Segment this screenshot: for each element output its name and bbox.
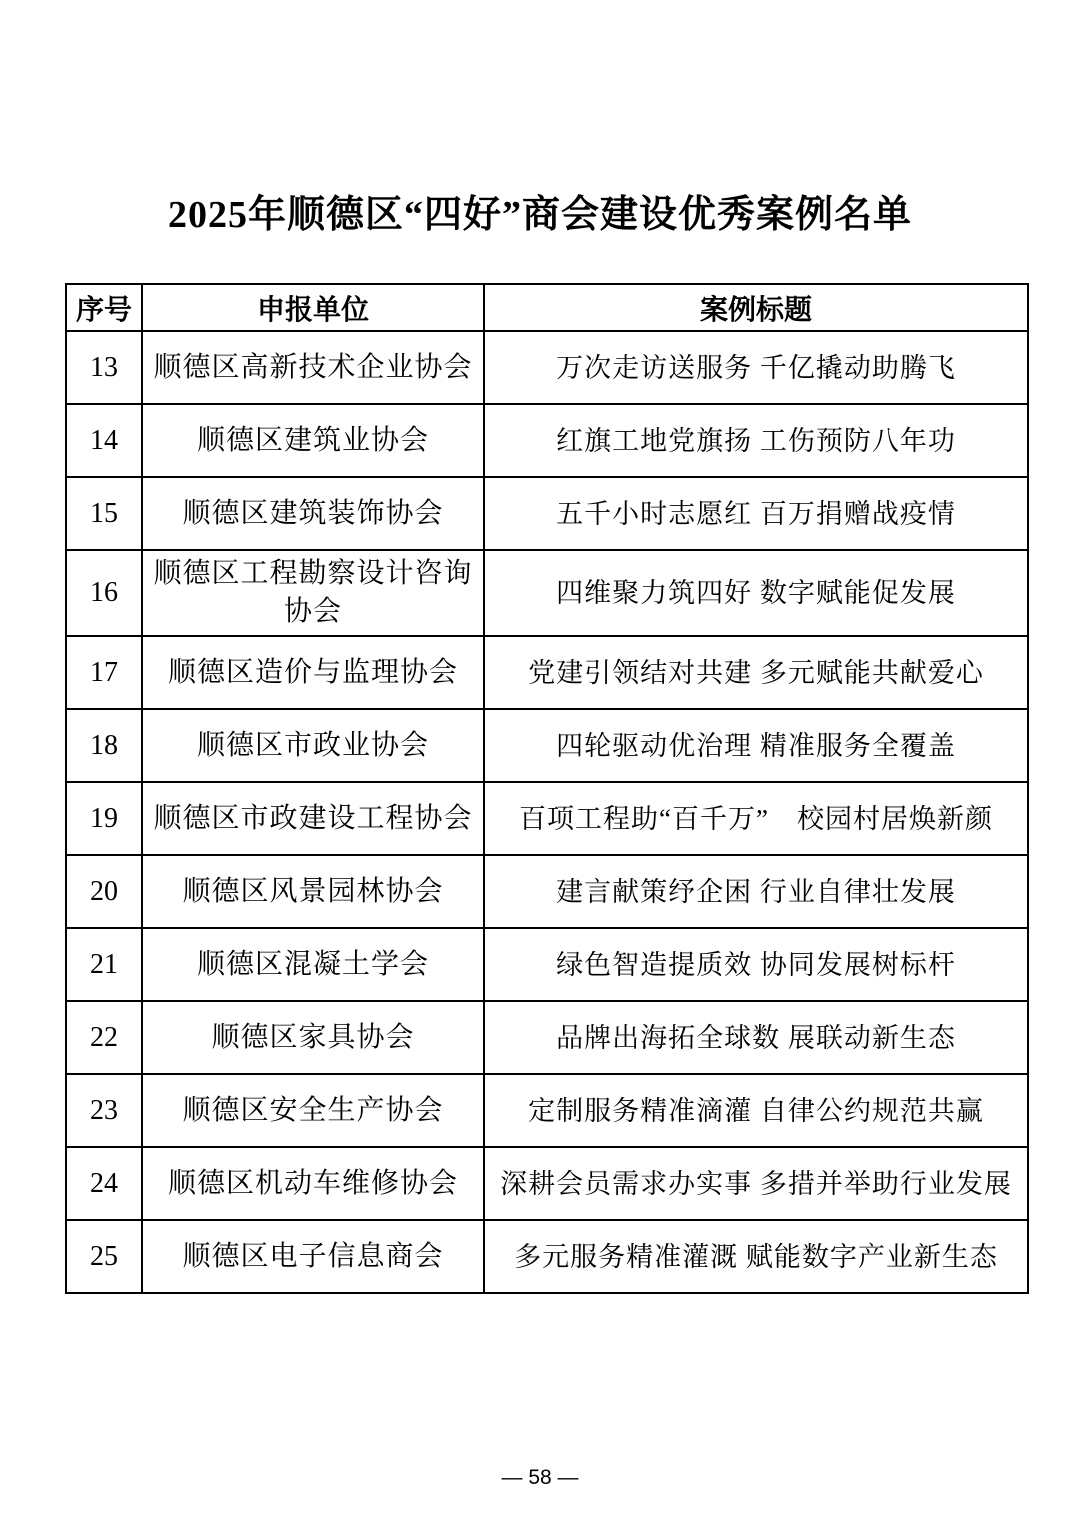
serial-number-cell: 16 — [66, 550, 142, 636]
case-title-cell: 四轮驱动优治理 精准服务全覆盖 — [484, 709, 1028, 782]
declaring-unit-cell: 顺德区安全生产协会 — [142, 1074, 484, 1147]
case-title-cell: 万次走访送服务 千亿撬动助腾飞 — [484, 331, 1028, 404]
table-row: 20顺德区风景园林协会建言献策纾企困 行业自律壮发展 — [66, 855, 1028, 928]
serial-number-cell: 23 — [66, 1074, 142, 1147]
declaring-unit-cell: 顺德区机动车维修协会 — [142, 1147, 484, 1220]
table-row: 21顺德区混凝土学会绿色智造提质效 协同发展树标杆 — [66, 928, 1028, 1001]
case-title-cell: 定制服务精准滴灌 自律公约规范共赢 — [484, 1074, 1028, 1147]
case-title-cell: 深耕会员需求办实事 多措并举助行业发展 — [484, 1147, 1028, 1220]
table-row: 13顺德区高新技术企业协会万次走访送服务 千亿撬动助腾飞 — [66, 331, 1028, 404]
serial-number-cell: 20 — [66, 855, 142, 928]
serial-number-cell: 22 — [66, 1001, 142, 1074]
table-row: 25顺德区电子信息商会多元服务精准灌溉 赋能数字产业新生态 — [66, 1220, 1028, 1293]
table-row: 19顺德区市政建设工程协会百项工程助“百千万” 校园村居焕新颜 — [66, 782, 1028, 855]
document-page: 2025年顺德区“四好”商会建设优秀案例名单 序号 申报单位 案例标题 13顺德… — [0, 0, 1080, 1527]
declaring-unit-cell: 顺德区工程勘察设计咨询协会 — [142, 550, 484, 636]
table-row: 22顺德区家具协会品牌出海拓全球数 展联动新生态 — [66, 1001, 1028, 1074]
table-row: 24顺德区机动车维修协会深耕会员需求办实事 多措并举助行业发展 — [66, 1147, 1028, 1220]
case-title-cell: 多元服务精准灌溉 赋能数字产业新生态 — [484, 1220, 1028, 1293]
declaring-unit-cell: 顺德区高新技术企业协会 — [142, 331, 484, 404]
serial-number-cell: 24 — [66, 1147, 142, 1220]
case-title-cell: 四维聚力筑四好 数字赋能促发展 — [484, 550, 1028, 636]
case-table: 序号 申报单位 案例标题 13顺德区高新技术企业协会万次走访送服务 千亿撬动助腾… — [65, 283, 1029, 1294]
serial-number-cell: 19 — [66, 782, 142, 855]
serial-number-cell: 13 — [66, 331, 142, 404]
header-serial-number: 序号 — [66, 284, 142, 331]
table-body: 13顺德区高新技术企业协会万次走访送服务 千亿撬动助腾飞14顺德区建筑业协会红旗… — [66, 331, 1028, 1293]
table-row: 14顺德区建筑业协会红旗工地党旗扬 工伤预防八年功 — [66, 404, 1028, 477]
case-title-cell: 党建引领结对共建 多元赋能共献爱心 — [484, 636, 1028, 709]
case-title-cell: 建言献策纾企困 行业自律壮发展 — [484, 855, 1028, 928]
table-row: 16顺德区工程勘察设计咨询协会四维聚力筑四好 数字赋能促发展 — [66, 550, 1028, 636]
case-title-cell: 品牌出海拓全球数 展联动新生态 — [484, 1001, 1028, 1074]
declaring-unit-cell: 顺德区市政建设工程协会 — [142, 782, 484, 855]
table-row: 17顺德区造价与监理协会党建引领结对共建 多元赋能共献爱心 — [66, 636, 1028, 709]
serial-number-cell: 25 — [66, 1220, 142, 1293]
declaring-unit-cell: 顺德区风景园林协会 — [142, 855, 484, 928]
declaring-unit-cell: 顺德区造价与监理协会 — [142, 636, 484, 709]
declaring-unit-cell: 顺德区建筑业协会 — [142, 404, 484, 477]
declaring-unit-cell: 顺德区家具协会 — [142, 1001, 484, 1074]
case-title-cell: 红旗工地党旗扬 工伤预防八年功 — [484, 404, 1028, 477]
header-case-title: 案例标题 — [484, 284, 1028, 331]
case-title-cell: 五千小时志愿红 百万捐赠战疫情 — [484, 477, 1028, 550]
table-header-row: 序号 申报单位 案例标题 — [66, 284, 1028, 331]
page-title: 2025年顺德区“四好”商会建设优秀案例名单 — [0, 191, 1080, 239]
table-row: 18顺德区市政业协会四轮驱动优治理 精准服务全覆盖 — [66, 709, 1028, 782]
serial-number-cell: 17 — [66, 636, 142, 709]
serial-number-cell: 21 — [66, 928, 142, 1001]
declaring-unit-cell: 顺德区电子信息商会 — [142, 1220, 484, 1293]
declaring-unit-cell: 顺德区建筑装饰协会 — [142, 477, 484, 550]
table-row: 15顺德区建筑装饰协会五千小时志愿红 百万捐赠战疫情 — [66, 477, 1028, 550]
case-title-cell: 绿色智造提质效 协同发展树标杆 — [484, 928, 1028, 1001]
page-number: — 58 — — [0, 1466, 1080, 1490]
declaring-unit-cell: 顺德区市政业协会 — [142, 709, 484, 782]
table-row: 23顺德区安全生产协会定制服务精准滴灌 自律公约规范共赢 — [66, 1074, 1028, 1147]
case-title-cell: 百项工程助“百千万” 校园村居焕新颜 — [484, 782, 1028, 855]
serial-number-cell: 14 — [66, 404, 142, 477]
serial-number-cell: 18 — [66, 709, 142, 782]
serial-number-cell: 15 — [66, 477, 142, 550]
declaring-unit-cell: 顺德区混凝土学会 — [142, 928, 484, 1001]
header-declaring-unit: 申报单位 — [142, 284, 484, 331]
